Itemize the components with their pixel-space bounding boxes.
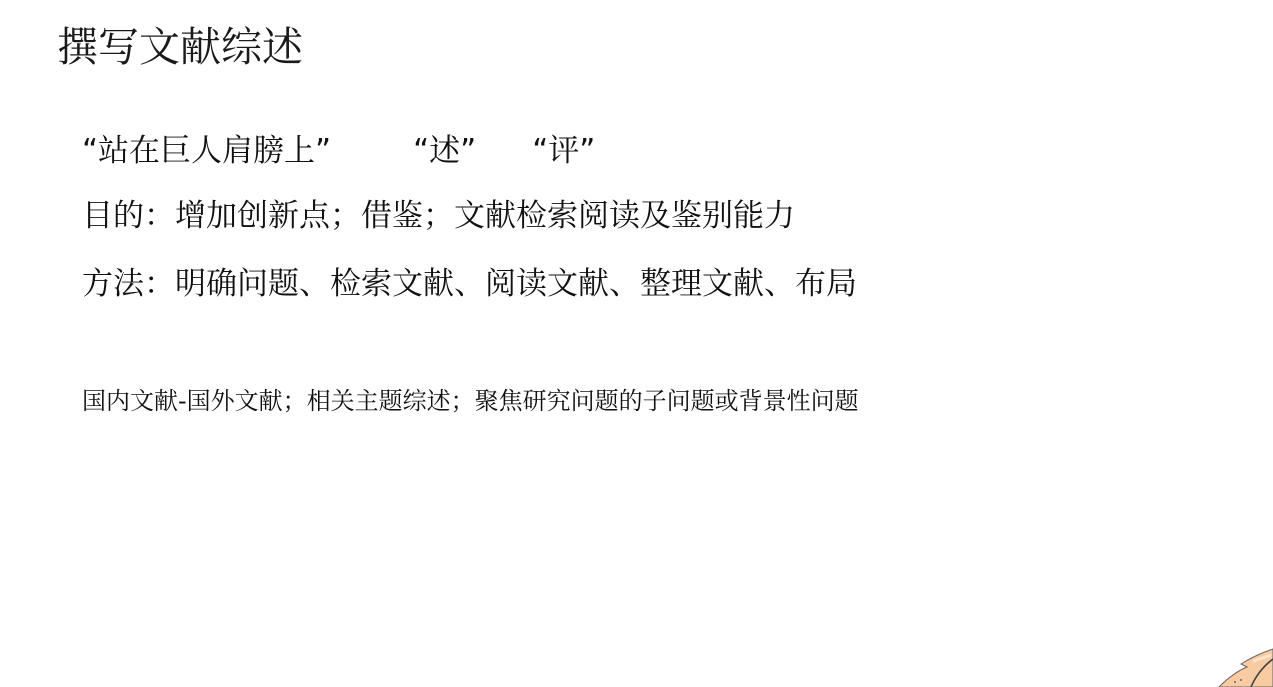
quote-describe: “述” bbox=[413, 133, 476, 169]
pencil-illustration-icon bbox=[1213, 637, 1273, 687]
method-line: 方法：明确问题、检索文献、阅读文献、整理文献、布局 bbox=[82, 262, 857, 306]
quotes-line: “站在巨人肩膀上”“述”“评” bbox=[82, 129, 595, 173]
quote-giants-shoulders: “站在巨人肩膀上” bbox=[82, 133, 331, 169]
purpose-line: 目的：增加创新点；借鉴；文献检索阅读及鉴别能力 bbox=[82, 194, 795, 238]
slide-title: 撰写文献综述 bbox=[57, 20, 303, 74]
note-line: 国内文献-国外文献；相关主题综述；聚焦研究问题的子问题或背景性问题 bbox=[82, 383, 859, 419]
slide: 撰写文献综述 “站在巨人肩膀上”“述”“评” 目的：增加创新点；借鉴；文献检索阅… bbox=[0, 0, 1273, 687]
quote-evaluate: “评” bbox=[532, 133, 595, 169]
